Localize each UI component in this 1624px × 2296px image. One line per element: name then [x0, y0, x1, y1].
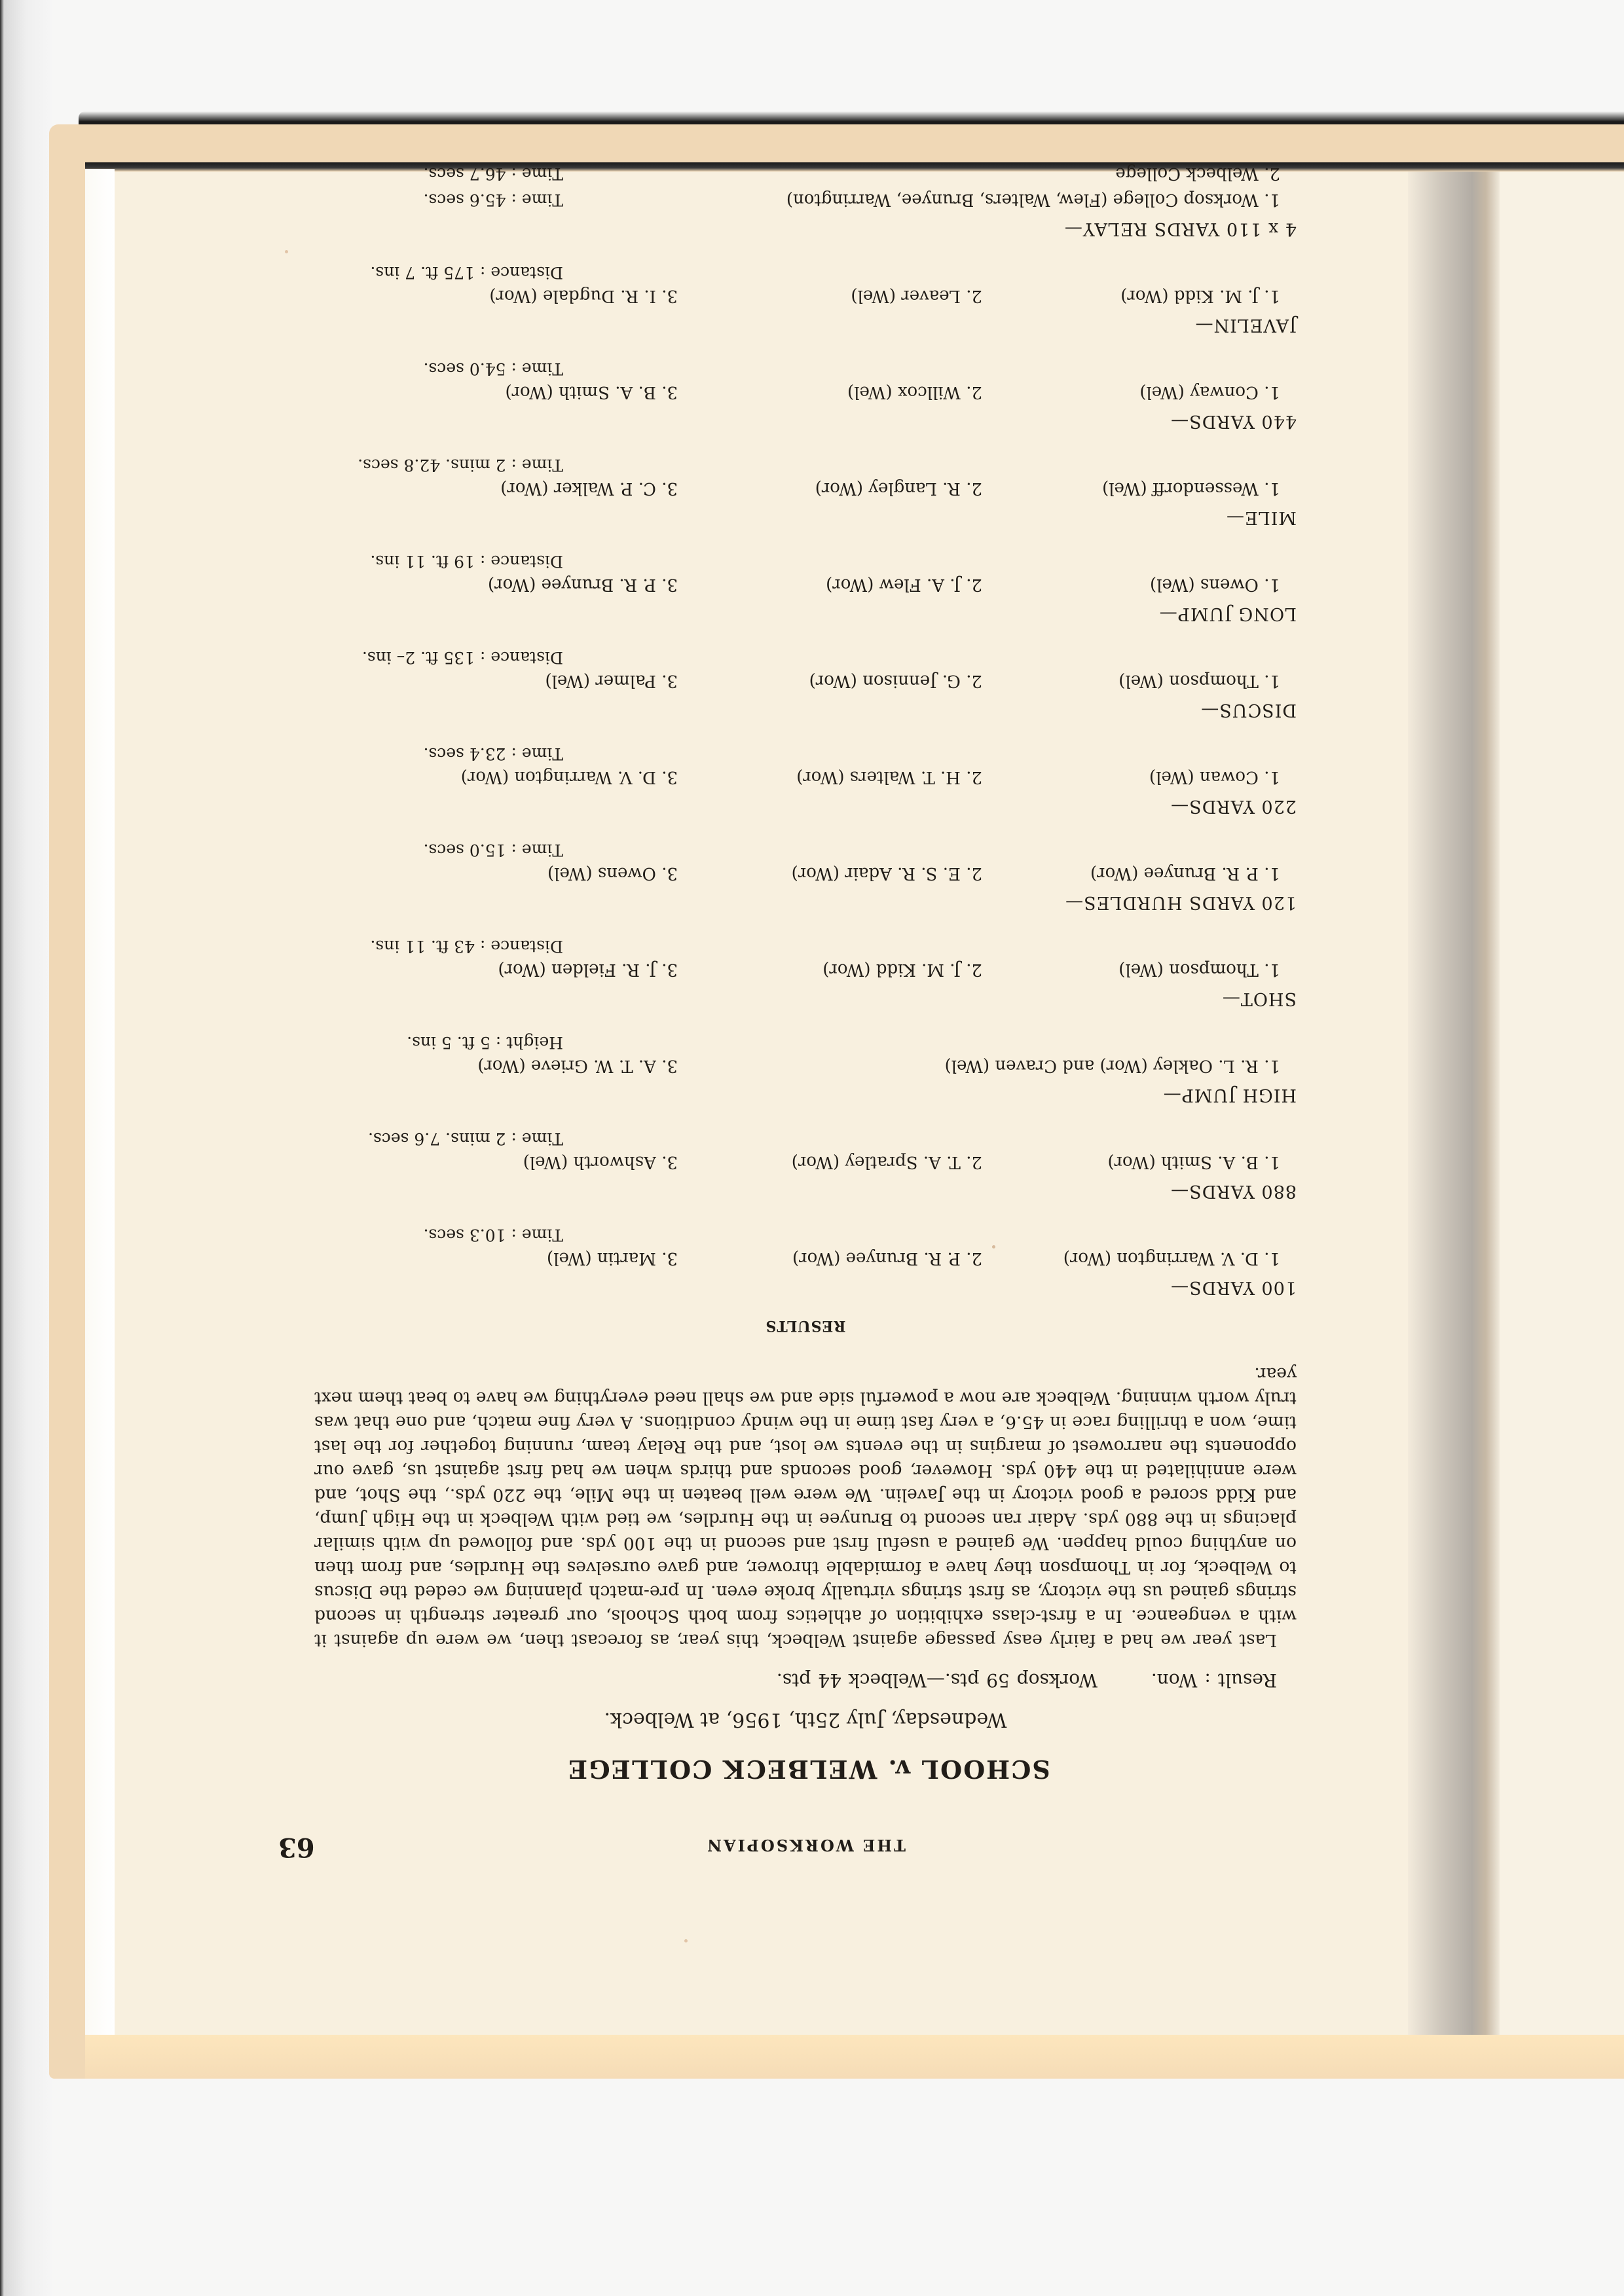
- performance: Time : 15.0 secs.: [423, 841, 563, 860]
- performance: Distance : 19 ft. 11 ins.: [370, 552, 563, 571]
- facing-page: [1500, 172, 1624, 2036]
- event-name: JAVELIN—: [314, 315, 1297, 335]
- event-4x110-relay: 4 x 110 YARDS RELAY— 1. Worksop College …: [314, 160, 1297, 239]
- journal-title: THE WORKSOPIAN: [314, 1836, 1297, 1855]
- result-value: Won.: [1151, 1669, 1198, 1691]
- second-place: 2. J. A. Flew (Wor): [826, 575, 982, 594]
- event-name: SHOT—: [314, 989, 1297, 1009]
- cover-bottom-band: [85, 2035, 1624, 2079]
- result-label: Result :: [1204, 1669, 1277, 1691]
- third-place: 3. Palmer (Wel): [545, 671, 678, 691]
- event-name: 440 YARDS—: [314, 411, 1297, 431]
- article-title: SCHOOL v. WELBECK COLLEGE: [314, 1755, 1297, 1784]
- performance: Distance : 43 ft. 11 ins.: [370, 937, 563, 956]
- third-place: 3. Martin (Wel): [547, 1248, 678, 1268]
- event-shot: SHOT— 1. Thompson (Wel) 2. J. M. Kidd (W…: [314, 932, 1297, 1009]
- first-place: 1. Thompson (Wel): [1118, 960, 1280, 979]
- event-name: 4 x 110 YARDS RELAY—: [314, 219, 1297, 239]
- performance: Time : 54.0 secs.: [423, 359, 563, 378]
- event-long-jump: LONG JUMP— 1. Owens (Wel) 2. J. A. Flew …: [314, 547, 1297, 624]
- first-place: 1. Owens (Wel): [1150, 575, 1280, 594]
- first-place: 1. Conway (Wel): [1139, 382, 1280, 402]
- second-place: 2. H. T. Walters (Wor): [796, 767, 982, 787]
- second-place: 2. E. S. R. Adair (Wor): [792, 864, 982, 883]
- performance: Distance : 135 ft. 2– ins.: [362, 648, 563, 667]
- second-place: 2. T. A. Spratley (Wor): [792, 1152, 982, 1172]
- performance: Time : 2 mins. 42.8 secs.: [358, 456, 563, 475]
- first-place: 1. B. A. Smith (Wor): [1107, 1152, 1280, 1172]
- performance: Time : 45.6 secs.: [423, 191, 563, 210]
- third-place: 3. Ashworth (Wel): [523, 1152, 678, 1172]
- match-report: Last year we had a fairly easy passage a…: [314, 1362, 1297, 1652]
- second-place: 2. Leaver (Wel): [851, 286, 982, 306]
- performance: Time : 10.3 secs.: [423, 1226, 563, 1245]
- event-name: LONG JUMP—: [314, 604, 1297, 624]
- performance: Time : 2 mins. 7.6 secs.: [368, 1129, 563, 1148]
- third-place: 3. B. A. Smith (Wor): [505, 382, 678, 402]
- second-place: 2. Willcox (Wel): [847, 382, 982, 402]
- performance: Distance : 175 ft. 7 ins.: [370, 263, 563, 282]
- first-place: 1. Worksop College (Flew, Walters, Bruny…: [786, 190, 1280, 210]
- match-date: Wednesday, July 25th, 1956, at Welbeck.: [314, 1708, 1297, 1731]
- event-name: 220 YARDS—: [314, 796, 1297, 816]
- result-score: Worksop 59 pts.—Welbeck 44 pts.: [777, 1669, 1098, 1691]
- page-number: 63: [278, 1832, 315, 1863]
- event-name: DISCUS—: [314, 700, 1297, 720]
- scanner-edge: [0, 0, 52, 2296]
- third-place: 3. J. R. Fielden (Wor): [498, 960, 678, 979]
- first-place: 1. Wessendorff (Wel): [1102, 479, 1280, 498]
- paper-speck: [285, 250, 288, 253]
- second-place: 2. R. Langley (Wor): [815, 479, 982, 498]
- first-place: 1. Thompson (Wel): [1118, 671, 1280, 691]
- third-place: 3. D. V. Warrington (Wor): [461, 767, 678, 787]
- event-name: HIGH JUMP—: [314, 1085, 1297, 1105]
- third-place: 3. P. R. Brunyee (Wor): [488, 575, 678, 594]
- results-heading: RESULTS: [314, 1317, 1297, 1334]
- performance: Height : 5 ft. 5 ins.: [407, 1033, 563, 1052]
- event-high-jump: HIGH JUMP— 1. R. L. Oakley (Wor) and Cra…: [314, 1029, 1297, 1105]
- printed-page-content: THE WORKSOPIAN 63 SCHOOL v. WELBECK COLL…: [314, 383, 1297, 1863]
- third-place: 3. Owens (Wel): [547, 864, 678, 883]
- event-javelin: JAVELIN— 1. J. M. Kidd (Wor) 2. Leaver (…: [314, 259, 1297, 335]
- first-place: 1. R. L. Oakley (Wor) and Craven (Wel): [945, 1056, 1280, 1076]
- first-place: 1. Cowan (Wel): [1149, 767, 1280, 787]
- second-place: 2. J. M. Kidd (Wor): [822, 960, 982, 979]
- event-name: MILE—: [314, 507, 1297, 528]
- paper-speck: [684, 1939, 688, 1942]
- event-name: 120 YARDS HURDLES—: [314, 892, 1297, 913]
- second-place: 2. Welbeck College: [1115, 164, 1280, 183]
- event-discus: DISCUS— 1. Thompson (Wel) 2. G. Jennison…: [314, 644, 1297, 720]
- event-880-yards: 880 YARDS— 1. B. A. Smith (Wor) 2. T. A.…: [314, 1125, 1297, 1201]
- first-place: 1. D. V. Warrington (Wor): [1063, 1248, 1280, 1268]
- event-440-yards: 440 YARDS— 1. Conway (Wel) 2. Willcox (W…: [314, 355, 1297, 431]
- event-220-yards: 220 YARDS— 1. Cowan (Wel) 2. H. T. Walte…: [314, 740, 1297, 816]
- match-result: Result : Won. Worksop 59 pts.—Welbeck 44…: [314, 1669, 1277, 1691]
- second-place: 2. P. R. Brunyee (Wor): [792, 1248, 982, 1268]
- third-place: 3. C. P. Walker (Wor): [500, 479, 678, 498]
- performance: Time : 23.4 secs.: [423, 744, 563, 763]
- book-gutter: [1408, 172, 1500, 2036]
- running-head: THE WORKSOPIAN 63: [314, 1823, 1297, 1863]
- first-place: 1. P. R. Brunyee (Wor): [1090, 864, 1280, 883]
- event-mile: MILE— 1. Wessendorff (Wel) 2. R. Langley…: [314, 451, 1297, 528]
- first-place: 1. J. M. Kidd (Wor): [1120, 286, 1280, 306]
- second-place: 2. G. Jennison (Wor): [809, 671, 982, 691]
- event-name: 100 YARDS—: [314, 1277, 1297, 1298]
- event-name: 880 YARDS—: [314, 1181, 1297, 1201]
- event-100-yards: 100 YARDS— 1. D. V. Warrington (Wor) 2. …: [314, 1221, 1297, 1298]
- event-120-yards-hurdles: 120 YARDS HURDLES— 1. P. R. Brunyee (Wor…: [314, 836, 1297, 913]
- performance: Time : 46.7 secs.: [423, 164, 563, 183]
- third-place: 3. A. T. W. Grieve (Wor): [477, 1056, 678, 1076]
- page-edge-strip: [85, 169, 115, 2035]
- third-place: 3. I. R. Dugdale (Wor): [489, 286, 678, 306]
